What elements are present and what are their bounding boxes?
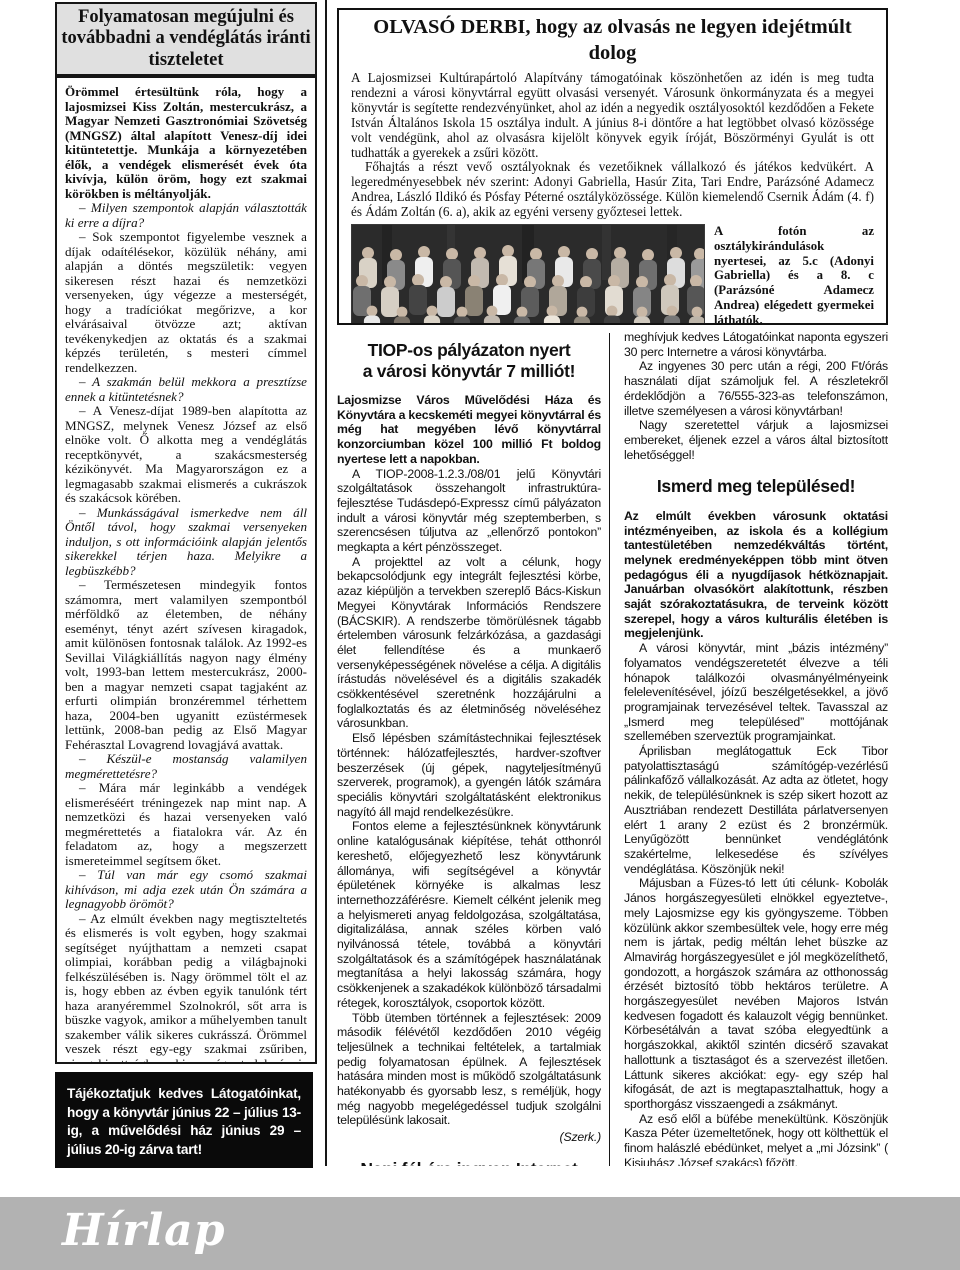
- olvaso-paragraph: A Lajosmizsei Kultúrapártoló Alapítvány …: [351, 71, 874, 160]
- footer-band: Hírlap: [0, 1197, 960, 1270]
- interview-question: – Munkásságával ismerkedve nem áll Öntől…: [65, 506, 307, 579]
- column-rule-left: [325, 0, 327, 1166]
- interview-question: – Túl van már egy csomó szakmai kihíváso…: [65, 868, 307, 912]
- interview-answer: – Természetesen mindegyik fontos számomr…: [65, 578, 307, 752]
- tiop-lead: Lajosmizse Város Művelődési Háza és Köny…: [337, 393, 601, 467]
- napi-title: Napi fél óra ingyen Internet a városi kö…: [337, 1159, 601, 1166]
- olvaso-paragraph: Főhajtás a részt vevő osztályoknak és ve…: [351, 160, 874, 220]
- ismerd-paragraph: Májusban a Füzes-tó lett úti célunk- Kob…: [624, 876, 888, 1111]
- tiop-signature: (Szerk.): [337, 1130, 601, 1145]
- column-rule-middle: [609, 333, 610, 1166]
- middle-column: TIOP-os pályázaton nyert a városi könyvt…: [337, 334, 601, 1166]
- photo-caption: A fotón az osztálykirándulások nyertesei…: [714, 224, 874, 325]
- newspaper-page: Folyamatosan megújulni és továbbadni a v…: [0, 0, 960, 1270]
- interview-title: Folyamatosan megújulni és továbbadni a v…: [59, 7, 313, 72]
- hirlap-logo: Hírlap: [62, 1205, 225, 1256]
- tiop-paragraph: A projekttel az volt a célunk, hogy beka…: [337, 555, 601, 731]
- photo-caption-block: A fotón az osztálykirándulások nyertesei…: [714, 224, 874, 325]
- ismerd-paragraph: Áprilisban meglátogattuk Eck Tibor patyo…: [624, 744, 888, 876]
- interview-question: – A szakmán belül mekkora a presztízse e…: [65, 375, 307, 404]
- interview-lead: Örömmel értesültünk róla, hogy a lajosmi…: [65, 85, 307, 201]
- interview-question: – Milyen szempontok alapján választották…: [65, 201, 307, 230]
- ismerd-lead: Az elmúlt években városunk oktatási inté…: [624, 509, 888, 641]
- interview-answer: – Sok szempontot figyelembe vesznek a dí…: [65, 230, 307, 375]
- interview-title-box: Folyamatosan megújulni és továbbadni a v…: [55, 2, 317, 76]
- napi-continued-paragraph: Nagy szeretettel várjuk a lajosmizsei em…: [624, 418, 888, 462]
- olvaso-headline: OLVASÓ DERBI, hogy az olvasás ne legyen …: [351, 14, 874, 66]
- tiop-title: TIOP-os pályázaton nyert a városi könyvt…: [337, 340, 601, 381]
- ismerd-paragraph: A városi könyvtár, mint „bázis intézmény…: [624, 641, 888, 744]
- napi-continued-paragraph: meghívjuk kedves Látogatóinkat naponta e…: [624, 330, 888, 359]
- napi-continued-paragraph: Az ingyenes 30 perc után a régi, 200 Ft/…: [624, 359, 888, 418]
- interview-article: Örömmel értesültünk róla, hogy a lajosmi…: [55, 76, 317, 1064]
- ismerd-paragraph: Az eső elől a büfébe menekültünk. Köszön…: [624, 1112, 888, 1166]
- tiop-paragraph: Több ütemben történnek a fejlesztések: 2…: [337, 1011, 601, 1129]
- photo-row: A fotón az osztálykirándulások nyertesei…: [351, 224, 874, 325]
- tiop-paragraph: Első lépésben számítástechnikai fejleszt…: [337, 731, 601, 819]
- interview-question: – Készül-e mostanság valamilyen megméret…: [65, 752, 307, 781]
- tiop-paragraph: Fontos eleme a fejlesztésünknek könyvtár…: [337, 819, 601, 1010]
- interview-answer: – Mára már leginkább a vendégek elismeré…: [65, 781, 307, 868]
- olvaso-derbi-article: OLVASÓ DERBI, hogy az olvasás ne legyen …: [337, 8, 888, 325]
- tiop-paragraph: A TIOP-2008-1.2.3./08/01 jelű Könyvtári …: [337, 467, 601, 555]
- closure-notice-text: Tájékoztatjuk kedves Látogatóinkat, hogy…: [67, 1086, 301, 1157]
- interview-answer: – A Venesz-díjat 1989-ben alapította az …: [65, 404, 307, 506]
- right-column: meghívjuk kedves Látogatóinkat naponta e…: [624, 330, 888, 1166]
- closure-notice: Tájékoztatjuk kedves Látogatóinkat, hogy…: [55, 1072, 313, 1168]
- interview-answer: – Az elmúlt években nagy megtiszteltetés…: [65, 912, 307, 1065]
- class-group-photo: [351, 224, 705, 325]
- ismerd-title: Ismerd meg településed!: [624, 476, 888, 497]
